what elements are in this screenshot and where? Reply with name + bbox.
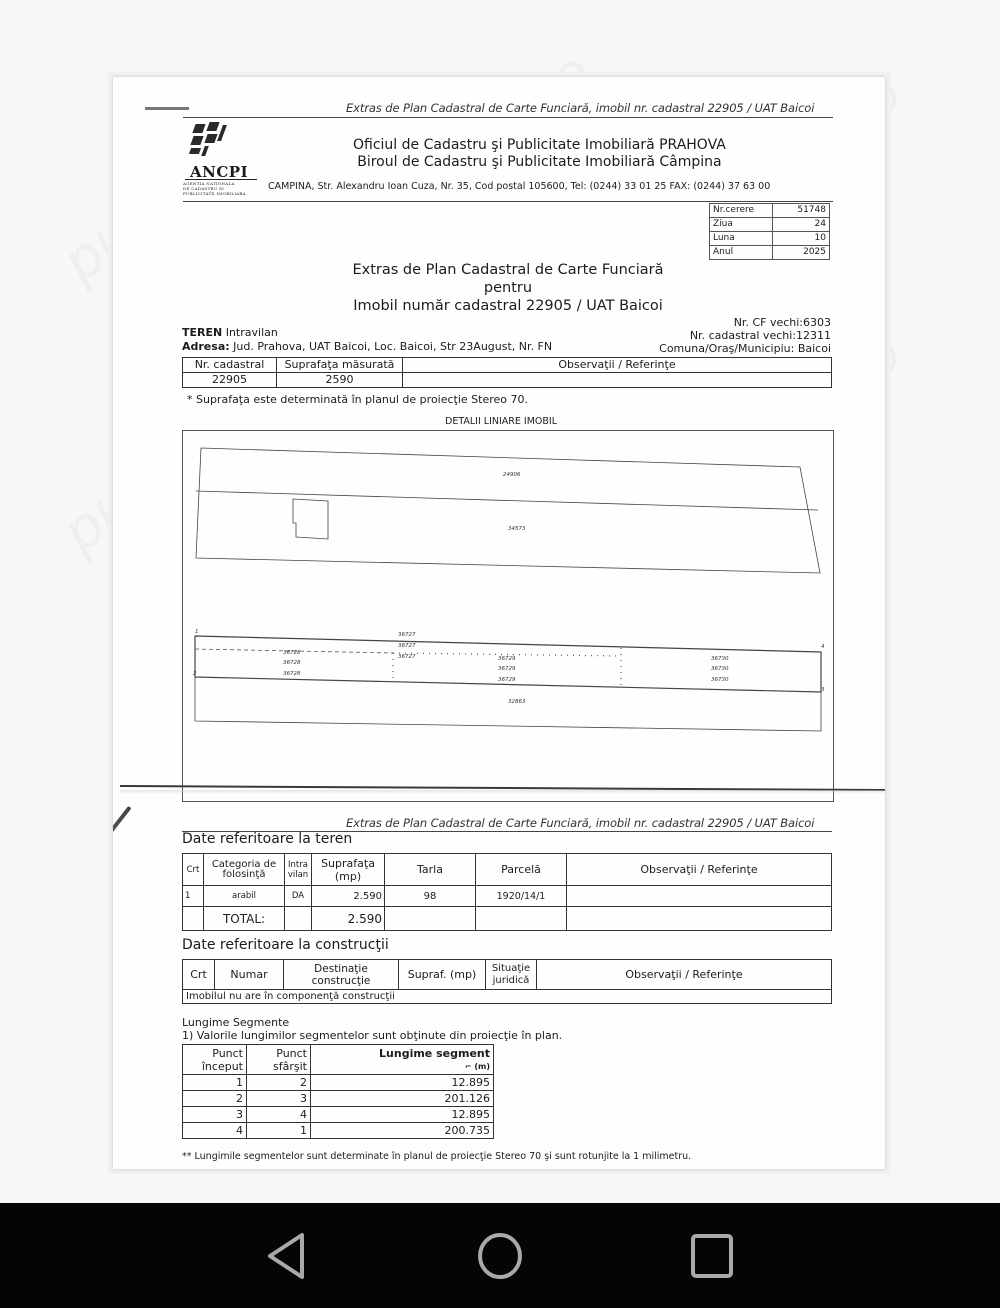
parcel-label: 36727 [398,632,416,638]
segments-footnote: ** Lungimile segmentelor sunt determinat… [182,1151,691,1162]
back-icon [264,1231,308,1281]
parcel-label: 24906 [503,472,521,478]
home-button[interactable] [460,1203,540,1308]
office-address: CAMPINA, Str. Alexandru Ioan Cuza, Nr. 3… [268,181,770,192]
plan-drawing [183,431,833,801]
parcel-label: 36729 [498,656,516,662]
no-constructions-note: Imobilul nu are în componenţă construcţi… [183,990,832,1004]
segments-table: Punct început Punct sfârşit Lungime segm… [182,1044,494,1139]
cadastral-plan: 24906 34573 36727 36727 36727 36728 3672… [182,430,834,802]
table-row: 3412.895 [183,1107,494,1123]
logo-subtitle: AGENTIA NATIONALA DE CADASTRU SI PUBLICI… [183,181,246,196]
document-page: Extras de Plan Cadastral de Carte Funcia… [113,77,885,1169]
parcel-label: 36728 [283,650,301,656]
parcel-label: 36730 [711,656,729,662]
summary-table: Nr. cadastral Suprafaţa măsurată Observa… [182,357,832,388]
table-row: 1 arabil DA 2.590 98 1920/14/1 [183,886,832,907]
recents-button[interactable] [672,1203,752,1308]
parcel-label: 36730 [711,677,729,683]
parcel-label: 34573 [508,526,526,532]
running-header-2: Extras de Plan Cadastral de Carte Funcia… [346,816,814,830]
pen-mark [113,806,132,895]
running-header: Extras de Plan Cadastral de Carte Funcia… [346,101,814,115]
construction-table: Crt Numar Destinaţie construcţie Supraf.… [182,959,832,1004]
request-table: Nr.cerere51748 Ziua24 Luna10 Anul2025 [709,203,830,260]
plan-caption: DETALII LINIARE IMOBIL [445,416,557,427]
parcel-label: 36727 [398,643,416,649]
parcel-label: 36728 [283,671,301,677]
table-row: 41200.735 [183,1123,494,1139]
ancpi-logo-icon [188,122,238,167]
total-row: TOTAL: 2.590 [183,907,832,931]
surface-note: * Suprafaţa este determinată în planul d… [187,393,528,406]
property-refs: Nr. CF vechi:6303 Nr. cadastral vechi:12… [613,316,831,355]
office-name: Oficiul de Cadastru şi Publicitate Imobi… [353,137,726,171]
segments-heading-block: Lungime Segmente 1) Valorile lungimilor … [182,1016,562,1042]
point-label: 4 [821,644,825,650]
property-address: Adresa: Jud. Prahova, UAT Baicoi, Loc. B… [182,340,552,353]
point-label: 1 [195,629,199,635]
parcel-label: 32863 [508,699,526,705]
document-title: Extras de Plan Cadastral de Carte Funcia… [308,261,708,315]
property-type: TEREN Intravilan [182,326,278,339]
table-row: 23201.126 [183,1091,494,1107]
point-label: 2 [193,671,197,677]
land-table: Crt Categoria de folosinţă Intra vilan S… [182,853,832,931]
navigation-bar [0,1203,1000,1308]
back-button[interactable] [246,1203,326,1308]
header-mark [145,107,189,110]
parcel-label: 36728 [283,660,301,666]
land-section-heading: Date referitoare la teren [182,831,352,847]
construction-section-heading: Date referitoare la construcţii [182,937,389,953]
table-row: 1212.895 [183,1075,494,1091]
parcel-label: 36730 [711,666,729,672]
parcel-label: 36729 [498,666,516,672]
home-icon [475,1231,525,1281]
point-label: 3 [821,687,825,693]
parcel-label: 36727 [398,654,416,660]
recents-icon [689,1233,735,1279]
parcel-label: 36729 [498,677,516,683]
